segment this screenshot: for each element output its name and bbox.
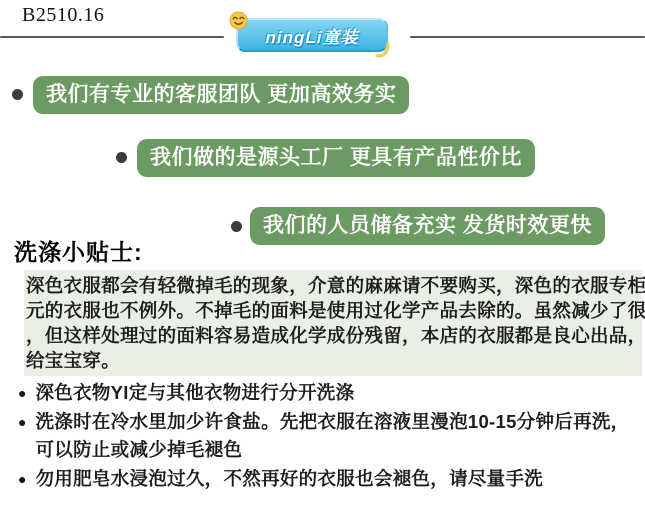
- tips-paragraph: 深色衣服都会有轻微掉毛的现象，介意的麻麻请不要购买，深色的衣服专柜买几百 元的衣…: [24, 270, 642, 376]
- brand-name: ningLi童装: [266, 23, 359, 48]
- brand-badge: ningLi童装: [236, 18, 388, 52]
- tips-bullet-list: ● 深色衣物YI定与其他衣物进行分开洗涤 ● 洗涤时在冷水里加少许食盐。先把衣服…: [18, 379, 638, 494]
- promo-page: B2510.16 ningLi童装 我们有专业的客服团队 更加高效务实 我们做的…: [0, 0, 645, 510]
- bullet-text: 深色衣物YI定与其他衣物进行分开洗涤: [35, 379, 354, 407]
- style-code: B2510.16: [22, 4, 104, 27]
- bullet-dot-icon: ●: [18, 465, 26, 493]
- banner-bullet-dot: [231, 221, 242, 232]
- banner-bullet-dot: [116, 152, 127, 163]
- paragraph-line: 给宝宝穿。: [26, 348, 640, 373]
- selling-point-banner-1: 我们有专业的客服团队 更加高效务实: [33, 76, 409, 114]
- bullet-text: 勿用肥皂水浸泡过久，不然再好的衣服也会褪色，请尽量手洗: [35, 465, 543, 493]
- divider-line-right: [410, 36, 645, 38]
- divider-line-left: [0, 36, 224, 38]
- selling-point-banner-3: 我们的人员储备充实 发货时效更快: [250, 207, 605, 245]
- tips-heading: 洗涤小贴士:: [14, 234, 143, 267]
- selling-point-banner-2: 我们做的是源头工厂 更具有产品性价比: [137, 139, 535, 177]
- curl-arrow-icon: [375, 41, 393, 59]
- bullet-dot-icon: ●: [18, 408, 26, 436]
- paragraph-line: 深色衣服都会有轻微掉毛的现象，介意的麻麻请不要购买，深色的衣服专柜买几百: [26, 273, 640, 298]
- paragraph-line: ，但这样处理过的面料容易造成化学成份残留，本店的衣服都是良心出品，请放心: [26, 323, 640, 348]
- smiley-emoji-icon: [229, 11, 248, 30]
- list-item: ● 洗涤时在冷水里加少许食盐。先把衣服在溶液里漫泡10-15分钟后再洗，可以防止…: [18, 408, 638, 464]
- paragraph-line: 元的衣服也不例外。不掉毛的面料是使用过化学产品去除的。虽然减少了很多浮毛: [26, 298, 640, 323]
- bullet-dot-icon: ●: [18, 379, 26, 407]
- bullet-text: 洗涤时在冷水里加少许食盐。先把衣服在溶液里漫泡10-15分钟后再洗，可以防止或减…: [35, 408, 638, 464]
- list-item: ● 深色衣物YI定与其他衣物进行分开洗涤: [18, 379, 638, 407]
- banner-bullet-dot: [12, 89, 23, 100]
- list-item: ● 勿用肥皂水浸泡过久，不然再好的衣服也会褪色，请尽量手洗: [18, 465, 638, 493]
